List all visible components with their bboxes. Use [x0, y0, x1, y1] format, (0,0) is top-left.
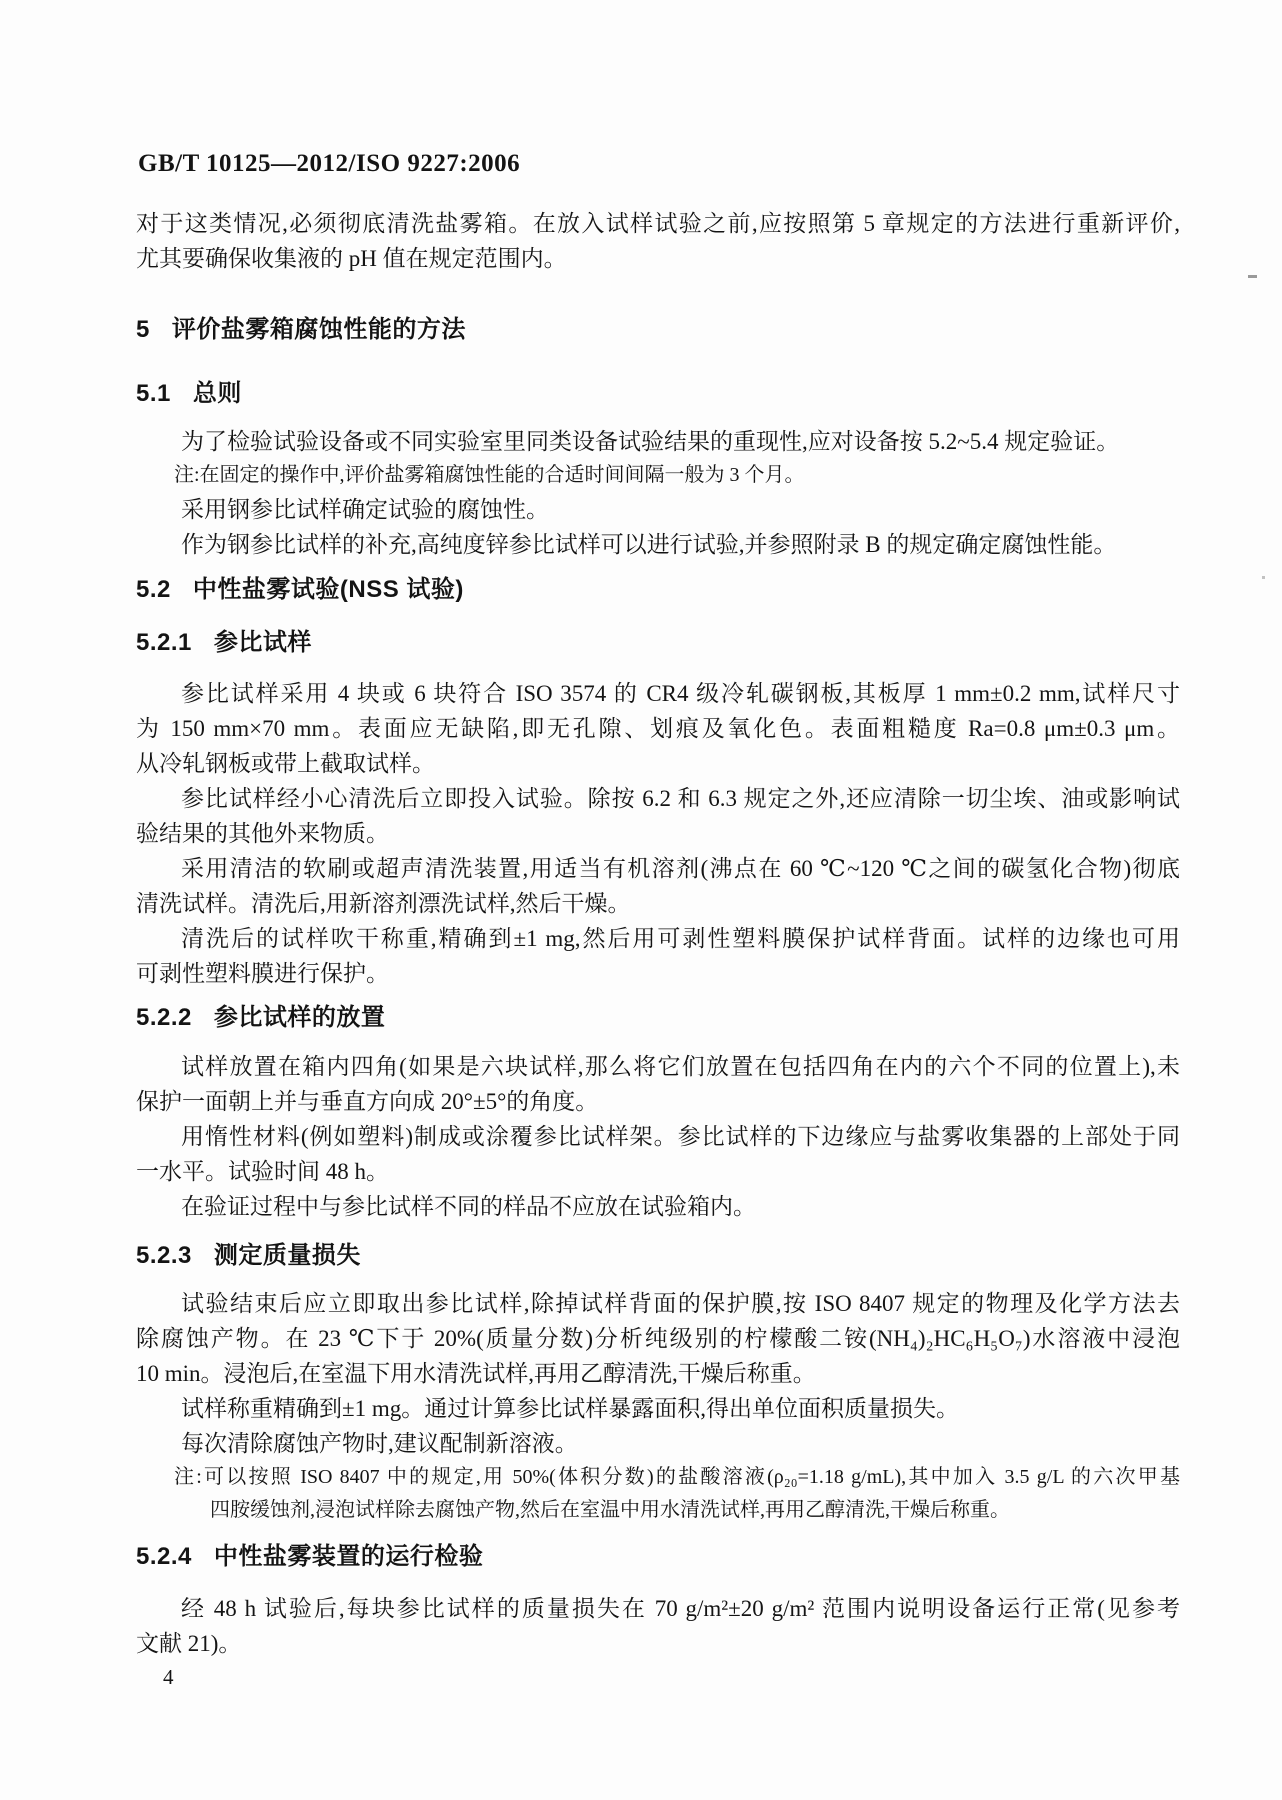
- clause-number: 5.1: [136, 380, 171, 407]
- clause-heading: 5.2.4中性盐雾装置的运行检验: [136, 1539, 1180, 1574]
- clause-heading: 5.2.1参比试样: [136, 625, 1180, 660]
- text-line: 清洗后的试样吹干称重,精确到±1 mg,然后用可剥性塑料膜保护试样背面。试样的边…: [136, 921, 1180, 956]
- page-content: GB/T 10125—2012/ISO 9227:2006 对于这类情况,必须彻…: [136, 150, 1180, 1694]
- clause-title: 总则: [193, 380, 242, 407]
- text-line: 一水平。试验时间 48 h。: [136, 1154, 1180, 1189]
- text-line: 验结果的其他外来物质。: [136, 816, 1180, 851]
- clause-heading: 5评价盐雾箱腐蚀性能的方法: [136, 312, 1180, 347]
- body-paragraph: 试验结束后应立即取出参比试样,除掉试样背面的保护膜,按 ISO 8407 规定的…: [136, 1286, 1180, 1391]
- clause-number: 5.2.4: [136, 1543, 192, 1570]
- text-line: 注:在固定的操作中,评价盐雾箱腐蚀性能的合适时间间隔一般为 3 个月。: [210, 459, 1180, 492]
- text-line: 除腐蚀产物。在 23 ℃下于 20%(质量分数)分析纯级别的柠檬酸二铵(NH₄)…: [136, 1321, 1180, 1356]
- scan-artifact-mark: [1248, 275, 1257, 278]
- clause-title: 评价盐雾箱腐蚀性能的方法: [172, 316, 466, 343]
- text-line: 经 48 h 试验后,每块参比试样的质量损失在 70 g/m²±20 g/m² …: [136, 1591, 1180, 1626]
- text-line: 从冷轧钢板或带上截取试样。: [136, 746, 1180, 781]
- text-line: 四胺缓蚀剂,浸泡试样除去腐蚀产物,然后在室温中用水清洗试样,再用乙醇清洗,干燥后…: [210, 1494, 1180, 1527]
- note-paragraph: 注:可以按照 ISO 8407 中的规定,用 50%(体积分数)的盐酸溶液(ρ₂…: [136, 1461, 1180, 1527]
- clause-number: 5: [136, 316, 150, 343]
- body-paragraph: 为了检验试验设备或不同实验室里同类设备试验结果的重现性,应对设备按 5.2~5.…: [136, 424, 1180, 459]
- body-paragraph: 参比试样采用 4 块或 6 块符合 ISO 3574 的 CR4 级冷轧碳钢板,…: [136, 676, 1180, 781]
- clause-number: 5.2.1: [136, 629, 192, 656]
- text-line: 尤其要确保收集液的 pH 值在规定范围内。: [136, 241, 1180, 276]
- text-line: 可剥性塑料膜进行保护。: [136, 956, 1180, 991]
- text-line: 清洗试样。清洗后,用新溶剂漂洗试样,然后干燥。: [136, 886, 1180, 921]
- running-header-standard-number: GB/T 10125—2012/ISO 9227:2006: [138, 150, 1180, 178]
- text-line: 试样放置在箱内四角(如果是六块试样,那么将它们放置在包括四角在内的六个不同的位置…: [136, 1049, 1180, 1084]
- scan-artifact-mark: [1262, 576, 1265, 579]
- clause-number: 5.2: [136, 576, 171, 603]
- body-paragraph: 经 48 h 试验后,每块参比试样的质量损失在 70 g/m²±20 g/m² …: [136, 1591, 1180, 1661]
- clause-title: 参比试样: [214, 629, 312, 656]
- text-line: 注:可以按照 ISO 8407 中的规定,用 50%(体积分数)的盐酸溶液(ρ₂…: [210, 1461, 1180, 1494]
- scanned-document-page: { "header": { "standard_number": "GB/T 1…: [0, 0, 1282, 1800]
- clause-heading: 5.2.3测定质量损失: [136, 1238, 1180, 1273]
- clause-heading: 5.1总则: [136, 376, 1180, 411]
- body-paragraph: 采用清洁的软刷或超声清洗装置,用适当有机溶剂(沸点在 60 ℃~120 ℃之间的…: [136, 851, 1180, 921]
- text-line: 采用钢参比试样确定试验的腐蚀性。: [136, 492, 1180, 527]
- clause-heading: 5.2.2参比试样的放置: [136, 1000, 1180, 1035]
- text-line: 保护一面朝上并与垂直方向成 20°±5°的角度。: [136, 1084, 1180, 1119]
- text-line: 作为钢参比试样的补充,高纯度锌参比试样可以进行试验,并参照附录 B 的规定确定腐…: [136, 527, 1180, 562]
- text-line: 每次清除腐蚀产物时,建议配制新溶液。: [136, 1426, 1180, 1461]
- text-line: 试验结束后应立即取出参比试样,除掉试样背面的保护膜,按 ISO 8407 规定的…: [136, 1286, 1180, 1321]
- text-line: 采用清洁的软刷或超声清洗装置,用适当有机溶剂(沸点在 60 ℃~120 ℃之间的…: [136, 851, 1180, 886]
- body-paragraph: 采用钢参比试样确定试验的腐蚀性。: [136, 492, 1180, 527]
- clause-title: 中性盐雾装置的运行检验: [214, 1543, 484, 1570]
- clause-heading: 5.2中性盐雾试验(NSS 试验): [136, 572, 1180, 607]
- body-paragraph: 参比试样经小心清洗后立即投入试验。除按 6.2 和 6.3 规定之外,还应清除一…: [136, 781, 1180, 851]
- body-paragraph: 每次清除腐蚀产物时,建议配制新溶液。: [136, 1426, 1180, 1461]
- clause-number: 5.2.2: [136, 1004, 192, 1031]
- body-paragraph: 在验证过程中与参比试样不同的样品不应放在试验箱内。: [136, 1189, 1180, 1224]
- body-paragraph: 试样称重精确到±1 mg。通过计算参比试样暴露面积,得出单位面积质量损失。: [136, 1391, 1180, 1426]
- text-line: 参比试样采用 4 块或 6 块符合 ISO 3574 的 CR4 级冷轧碳钢板,…: [136, 676, 1180, 711]
- page-number: 4: [163, 1661, 1180, 1694]
- text-line: 用惰性材料(例如塑料)制成或涂覆参比试样架。参比试样的下边缘应与盐雾收集器的上部…: [136, 1119, 1180, 1154]
- text-line: 试样称重精确到±1 mg。通过计算参比试样暴露面积,得出单位面积质量损失。: [136, 1391, 1180, 1426]
- text-line: 对于这类情况,必须彻底清洗盐雾箱。在放入试样试验之前,应按照第 5 章规定的方法…: [136, 206, 1180, 241]
- body-paragraph: 对于这类情况,必须彻底清洗盐雾箱。在放入试样试验之前,应按照第 5 章规定的方法…: [136, 206, 1180, 276]
- text-line: 10 min。浸泡后,在室温下用水清洗试样,再用乙醇清洗,干燥后称重。: [136, 1356, 1180, 1391]
- clause-title: 中性盐雾试验(NSS 试验): [193, 576, 464, 603]
- clause-title: 参比试样的放置: [214, 1004, 386, 1031]
- note-paragraph: 注:在固定的操作中,评价盐雾箱腐蚀性能的合适时间间隔一般为 3 个月。: [136, 459, 1180, 492]
- body-paragraph: 用惰性材料(例如塑料)制成或涂覆参比试样架。参比试样的下边缘应与盐雾收集器的上部…: [136, 1119, 1180, 1189]
- clause-title: 测定质量损失: [214, 1242, 361, 1269]
- clause-number: 5.2.3: [136, 1242, 192, 1269]
- text-line: 参比试样经小心清洗后立即投入试验。除按 6.2 和 6.3 规定之外,还应清除一…: [136, 781, 1180, 816]
- text-line: 文献 21)。: [136, 1626, 1180, 1661]
- text-line: 为 150 mm×70 mm。表面应无缺陷,即无孔隙、划痕及氧化色。表面粗糙度 …: [136, 711, 1180, 746]
- body-paragraph: 试样放置在箱内四角(如果是六块试样,那么将它们放置在包括四角在内的六个不同的位置…: [136, 1049, 1180, 1119]
- body-paragraph: 清洗后的试样吹干称重,精确到±1 mg,然后用可剥性塑料膜保护试样背面。试样的边…: [136, 921, 1180, 991]
- text-line: 在验证过程中与参比试样不同的样品不应放在试验箱内。: [136, 1189, 1180, 1224]
- body-paragraph: 作为钢参比试样的补充,高纯度锌参比试样可以进行试验,并参照附录 B 的规定确定腐…: [136, 527, 1180, 562]
- text-line: 为了检验试验设备或不同实验室里同类设备试验结果的重现性,应对设备按 5.2~5.…: [136, 424, 1180, 459]
